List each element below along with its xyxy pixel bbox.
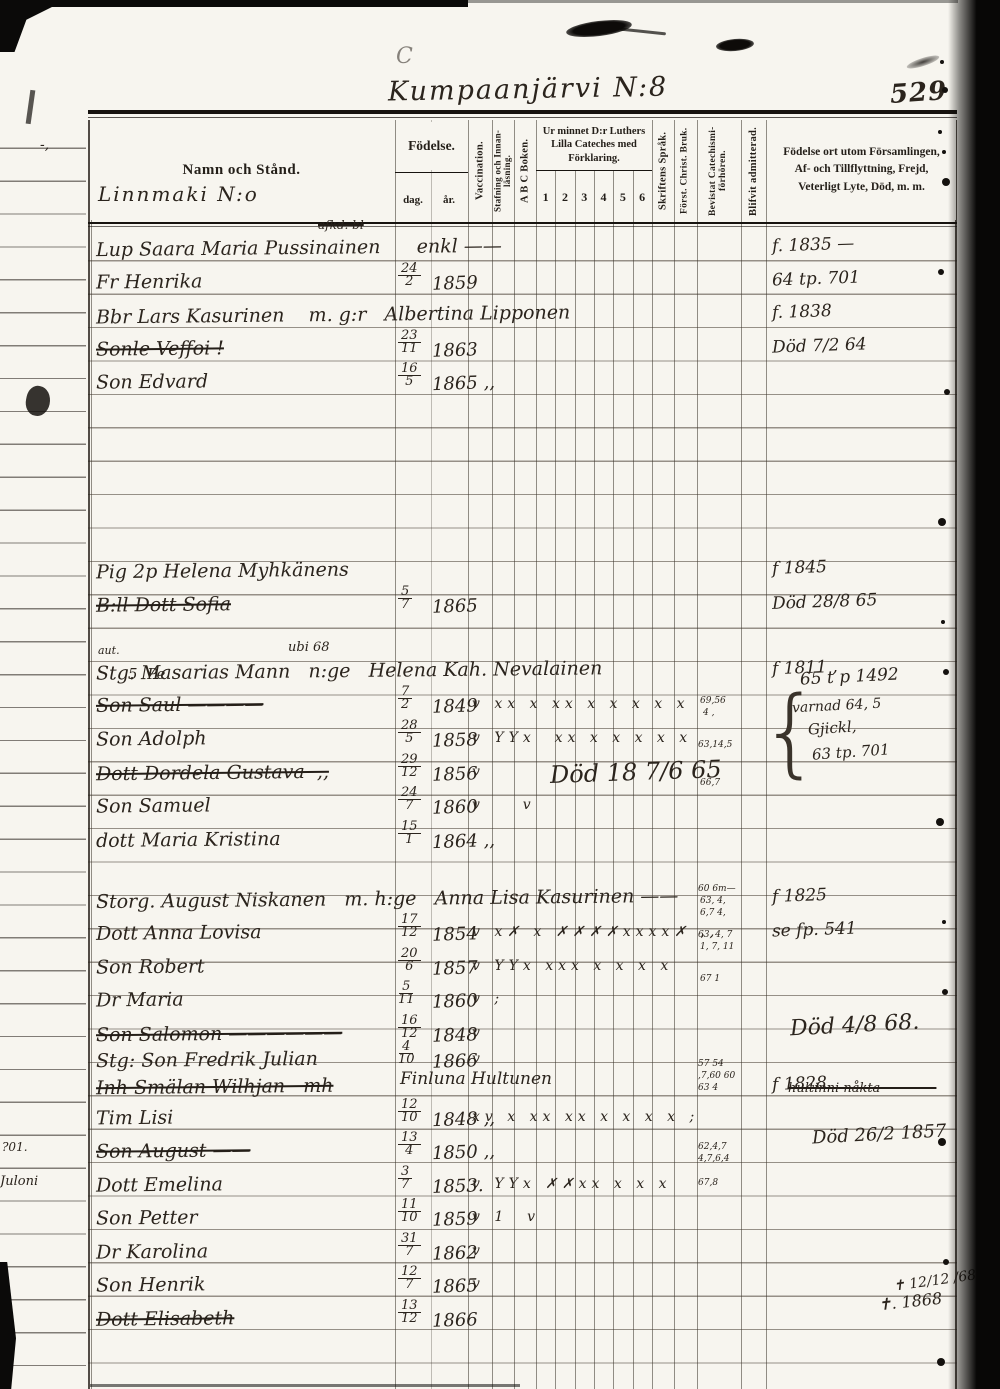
column-header-dag: dag.	[396, 185, 430, 215]
bevistat-note: 60 6m—	[698, 885, 736, 894]
row-right-note: f 1825	[772, 885, 828, 907]
column-header-anmarkningar: Födelse ort utom Församlingen, Af- och T…	[767, 120, 956, 220]
ink-smudge-tail	[620, 28, 666, 36]
margin-note: -,	[40, 138, 49, 153]
birth-year: 1864 ,,	[432, 830, 496, 853]
ledger-row: Storg. August Niskanen m. h:ge Anna Lisa…	[0, 888, 1000, 918]
ledger-row: Son Robert 206 1857 v YYx xxx x x x x	[0, 956, 1000, 986]
column-header-bevistat-label: Bevistat Catechismi-förhören.	[709, 122, 729, 220]
ledger-row: B:ll Dott Sofia 57 1865 Död 28/8 65	[0, 594, 1000, 624]
ledger-row: Son Petter 1110 1859 v 1 v	[0, 1207, 1000, 1237]
title-ghost-mark: C	[396, 44, 413, 69]
anm-line2: Af- och Tillflyttning, Frejd,	[795, 161, 929, 178]
birth-day: 151	[398, 821, 421, 846]
ledger-row: Son Edvard 165 1865 ,,	[0, 371, 1000, 401]
row-name: Stg: Son Fredrik Julian	[96, 1048, 318, 1072]
row-name: Inh Smälan Wilhjan mh	[96, 1075, 334, 1099]
luthers-subrule	[536, 170, 652, 171]
scanned-ledger-page: Namn och Stånd. Födelse. dag. år. Vaccin…	[0, 0, 1000, 1389]
anm-line3: Veterligt Lyte, Död, m. m.	[798, 179, 925, 196]
column-header-fodelse-label: Födelse.	[408, 138, 455, 154]
column-header-forst-label: Först. Christ. Bruk.	[681, 128, 691, 215]
bevistat-note: 63, 4,	[700, 897, 726, 906]
ledger-row: Dott Elisabeth 1312 1866	[0, 1308, 1000, 1338]
row-name: Son Saul ————	[96, 693, 264, 717]
column-header-ar-label: år.	[443, 194, 455, 206]
row-name: Dr Karolina	[96, 1240, 208, 1263]
row-marks: v	[472, 764, 485, 780]
death-overlay: Död 18 7/6 65	[550, 757, 722, 788]
scan-artifact-top-bar	[0, 0, 468, 7]
row-name: Dott Emelina	[96, 1173, 223, 1196]
row-continuation: Finluna Hultunen	[400, 1071, 552, 1089]
luthers-col-number: 1	[536, 190, 555, 205]
column-header-stafning: Stafning och Innan-läsning.	[493, 122, 513, 220]
ledger-row: Dott Anna Lovisa 1712 1854 v x✗ x ✗✗✗✗xx…	[0, 922, 1000, 952]
luthers-col-number: 6	[633, 190, 652, 205]
row-marks: v YYx xxx x x x x	[472, 958, 673, 974]
row-name: Stg. Masarias Mann n:ge Helena Kah. Neva…	[96, 657, 602, 684]
header-bottom-rule-thin	[88, 226, 957, 227]
column-header-ar: år.	[432, 185, 466, 215]
birth-day: 247	[398, 787, 421, 812]
inserted-note: ubi 68	[288, 641, 330, 655]
column-header-luthers: Ur minnet D:r Luthers Lilla Cateches med…	[537, 120, 651, 170]
ledger-row: Fr Henrika 242 1859 64 tp. 701	[0, 271, 1000, 301]
scan-artifact-bottom-edge	[90, 1384, 520, 1387]
row-right-note: se fp. 541	[772, 919, 857, 942]
row-marks: v 1 v	[472, 1209, 540, 1225]
ink-smudge	[716, 37, 755, 52]
row-name: Tim Lisi	[96, 1107, 174, 1130]
row-marks: v	[472, 1276, 485, 1292]
scan-artifact-right-band	[948, 0, 1000, 1389]
bevistat-note: ,7,60 60	[698, 1072, 735, 1081]
bevistat-note: 62,4,7	[698, 1143, 727, 1152]
ledger-row: Son Henrik 127 1865 v	[0, 1274, 1000, 1304]
birth-day: 317	[398, 1233, 421, 1258]
column-header-dag-label: dag.	[403, 194, 423, 206]
birth-day: 1312	[398, 1300, 421, 1325]
birth-year: 1859	[432, 272, 479, 295]
row-name: Dott Dordela Gustava ,,	[96, 761, 329, 785]
inserted-note: 5 Pe	[128, 667, 165, 683]
row-name: Son Salomon ——————	[96, 1022, 343, 1047]
birth-day: 127	[398, 1266, 421, 1291]
row-name: Pig 2p Helena Myhkänens	[96, 559, 349, 584]
row-name: Son Edvard	[96, 370, 208, 393]
bevistat-note: 66,7	[700, 779, 720, 788]
header-bottom-rule	[88, 222, 957, 224]
column-header-skriftens: Skriftens Språk.	[653, 122, 673, 220]
row-name: Dr Maria	[96, 989, 184, 1012]
birth-day: 72	[398, 686, 412, 711]
ink-smudge	[906, 53, 941, 71]
bevistat-note: 4 ,	[703, 709, 714, 718]
scan-artifact-top-bar-right	[468, 0, 958, 3]
column-header-abc: A B C Boken.	[515, 122, 535, 220]
luthers-col-number: 4	[594, 190, 613, 205]
row-name: Son Henrik	[96, 1273, 206, 1296]
row-name: Bbr Lars Kasurinen m. g:r Albertina Lipp…	[96, 302, 570, 329]
column-header-blifvit-label: Blifvit admitterad.	[748, 126, 759, 215]
row-right-note: f. 1835 —	[772, 234, 855, 257]
ledger-row: Sonle Veffoi ! 2311 1863 Död 7/2 64	[0, 338, 1000, 368]
birth-day: 57	[398, 586, 412, 611]
birth-day: 242	[398, 263, 421, 288]
row-name: Son Adolph	[96, 727, 207, 750]
row-marks: v	[472, 1025, 485, 1041]
row-marks: v	[472, 1051, 485, 1067]
column-header-forst: Först. Christ. Bruk.	[675, 122, 696, 220]
column-header-blifvit: Blifvit admitterad.	[742, 122, 765, 220]
luthers-col-number: 5	[613, 190, 632, 205]
scan-artifact-corner-topleft	[0, 0, 66, 52]
column-header-namn-label: Namn och Stånd.	[183, 162, 301, 179]
column-header-bevistat: Bevistat Catechismi-förhören.	[698, 122, 740, 220]
birth-day: 165	[398, 363, 421, 388]
margin-note: Juloni	[0, 1175, 38, 1189]
column-header-abc-label: A B C Boken.	[519, 139, 530, 203]
luthers-col-number: 3	[575, 190, 594, 205]
bevistat-note: 57 54	[698, 1060, 724, 1069]
margin-note: ?01.	[2, 1141, 28, 1154]
luthers-line3: Förklaring.	[568, 152, 620, 165]
birth-day: 1612	[398, 1015, 421, 1040]
birth-day: 2311	[398, 330, 421, 355]
row-right-note: Död 28/8 65	[772, 590, 878, 614]
bevistat-note: 63 4	[698, 1084, 718, 1093]
remark-note: hultinni nåkta ————	[788, 1082, 936, 1096]
ledger-row: Bbr Lars Kasurinen m. g:r Albertina Lipp…	[0, 304, 1000, 334]
row-marks: v YYx ✗✗xx x x x	[472, 1176, 671, 1192]
row-name: Son Robert	[96, 955, 205, 978]
inserted-note: aut.	[98, 645, 120, 657]
ledger-row: Son Samuel 247 1860 v v	[0, 795, 1000, 825]
remark-note: Gjickl,	[808, 719, 857, 738]
scan-artifact-speckles	[940, 60, 944, 64]
table-top-rule	[88, 110, 957, 114]
birth-year: 1865 ,,	[432, 372, 496, 395]
ledger-row: Dott Dordela Gustava ,, 2912 1856 v	[0, 762, 1000, 792]
row-name: Dott Anna Lovisa	[96, 921, 262, 945]
row-name: Dott Elisabeth	[96, 1307, 235, 1330]
fodelse-subrule	[395, 172, 468, 173]
row-right-note: f. 1838	[772, 301, 832, 323]
birth-day: 2912	[398, 754, 421, 779]
row-name: Lup Saara Maria Pussinainen enkl ——	[96, 235, 502, 261]
row-name: Son Petter	[96, 1206, 198, 1229]
inserted-note: afkd. bl	[318, 219, 364, 232]
row-marks: v xx x xx x x x x x	[472, 696, 689, 712]
bevistat-note: 63,14,5	[698, 741, 732, 750]
birth-day: 410	[398, 1041, 415, 1066]
luthers-col-number: 2	[555, 190, 574, 205]
column-header-vaccination-label: Vaccination.	[474, 142, 485, 201]
birth-day: 285	[398, 720, 421, 745]
row-right-note: Död 7/2 64	[772, 334, 867, 357]
birth-year: 1850 ,,	[432, 1141, 496, 1164]
row-name: Storg. August Niskanen m. h:ge Anna Lisa…	[96, 885, 679, 913]
row-marks: v YYx xx x x x x x	[472, 730, 692, 746]
birth-day: 206	[398, 948, 421, 973]
birth-year: 1866	[432, 1309, 479, 1332]
row-name: Son August ——	[96, 1139, 251, 1163]
row-name: dott Maria Kristina	[96, 828, 281, 852]
column-header-vaccination: Vaccination.	[469, 122, 491, 220]
birth-year: 1863	[432, 339, 479, 362]
bevistat-note: 67,8	[698, 1179, 718, 1188]
bevistat-note: 1, 7, 11	[700, 943, 734, 952]
birth-day: 134	[398, 1132, 421, 1157]
column-header-fodelse: Födelse.	[396, 122, 467, 170]
ledger-row: Lup Saara Maria Pussinainen enkl —— f. 1…	[0, 237, 1000, 267]
table-top-rule-thin	[88, 117, 957, 118]
birth-day: 511	[398, 981, 415, 1006]
row-marks: v ;	[472, 991, 504, 1007]
bevistat-note: 4,7,6,4	[698, 1155, 730, 1164]
row-marks: xv x xx xx x x x x ;	[472, 1109, 699, 1125]
page-number: 529	[889, 76, 948, 110]
bevistat-note: 6,7 4,	[700, 909, 726, 918]
column-header-stafning-label: Stafning och Innan-läsning.	[494, 122, 513, 220]
bevistat-note: 69,56	[700, 697, 726, 706]
luthers-line1: Ur minnet D:r Luthers	[543, 125, 646, 138]
row-name: Son Samuel	[96, 794, 211, 817]
bevistat-note: 63, 4, 7	[698, 931, 732, 940]
birth-day: 37	[398, 1166, 412, 1191]
row-name: B:ll Dott Sofia	[96, 593, 231, 616]
row-name: Fr Henrika	[96, 270, 203, 293]
row-name: Sonle Veffoi !	[96, 337, 224, 360]
page-title: Kumpaanjärvi N:8	[388, 72, 669, 108]
row-marks: v x✗ x ✗✗✗✗xxxx✗ ,,	[472, 924, 719, 940]
column-header-skriftens-label: Skriftens Språk.	[657, 132, 668, 210]
ledger-row: Dr Karolina 317 1862 v	[0, 1241, 1000, 1271]
village-heading-handwritten: Linnmaki N:o	[98, 182, 259, 206]
ledger-row: Pig 2p Helena Myhkänens f 1845	[0, 560, 1000, 590]
ledger-row: dott Maria Kristina 151 1864 ,,	[0, 829, 1000, 859]
row-right-note: 64 tp. 701	[772, 267, 861, 290]
birth-day: 1110	[398, 1199, 421, 1224]
row-marks: v	[472, 1243, 485, 1259]
row-right-note: f 1845	[772, 557, 828, 579]
row-marks: v v	[472, 797, 536, 813]
birth-day: 1712	[398, 914, 421, 939]
anm-line1: Födelse ort utom Församlingen,	[783, 144, 940, 161]
bevistat-note: 67 1	[700, 975, 720, 984]
birth-day: 1210	[398, 1099, 421, 1124]
birth-year: 1865	[432, 595, 479, 618]
ledger-row: Dott Emelina 37 1853. v YYx ✗✗xx x x x	[0, 1174, 1000, 1204]
luthers-line2: Lilla Cateches med	[551, 138, 637, 151]
